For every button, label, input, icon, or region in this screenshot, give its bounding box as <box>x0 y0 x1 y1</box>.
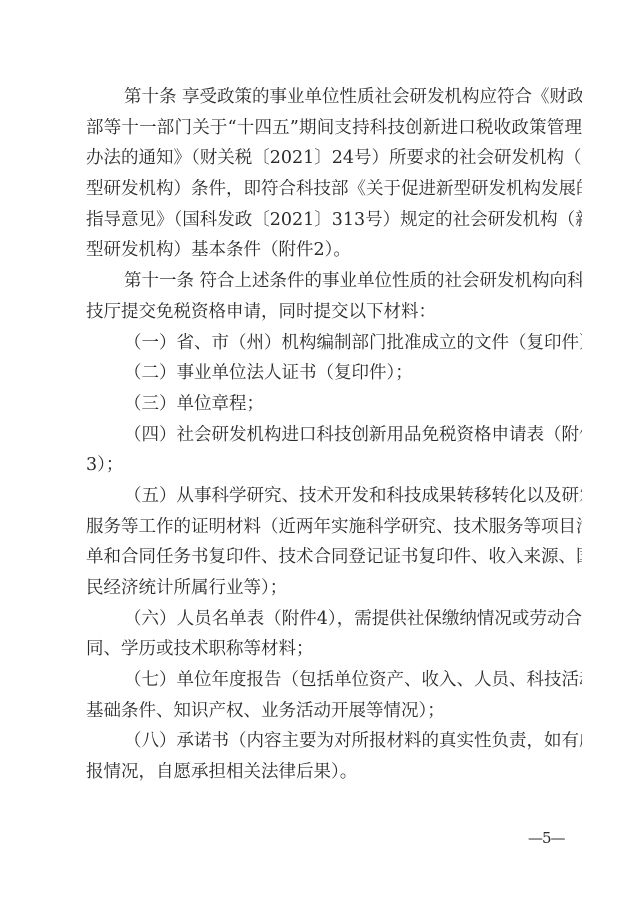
list-item-7: （七）单位年度报告（包括单位资产、收入、人员、科技活动 基础条件、知识产权、业务… <box>86 665 582 726</box>
text-line: 部等十一部门关于“十四五”期间支持科技创新进口税收政策管理 <box>86 113 582 144</box>
list-item-8: （八）承诺书（内容主要为对所报材料的真实性负责，如有虚 报情况，自愿承担相关法律… <box>86 726 582 787</box>
text-line: 3）； <box>86 450 582 481</box>
list-item-4: （四）社会研发机构进口科技创新用品免税资格申请表（附件 3）； <box>86 420 582 481</box>
text-line: （三）单位章程； <box>86 389 582 420</box>
text-line: 同、学历或技术职称等材料； <box>86 634 582 665</box>
text-line: 基础条件、知识产权、业务活动开展等情况）； <box>86 696 582 727</box>
text-line: 服务等工作的证明材料（近两年实施科学研究、技术服务等项目清 <box>86 512 582 543</box>
text-line: 报情况，自愿承担相关法律后果）。 <box>86 757 582 788</box>
text-line: 型研发机构）基本条件（附件2）。 <box>86 235 582 266</box>
text-line: 指导意见》（国科发政〔2021〕313号）规定的社会研发机构（新 <box>86 205 582 236</box>
text-line: 第十一条 符合上述条件的事业单位性质的社会研发机构向科 <box>86 266 582 297</box>
paragraph-article-11: 第十一条 符合上述条件的事业单位性质的社会研发机构向科 技厅提交免税资格申请，同… <box>86 266 582 327</box>
text-line: （五）从事科学研究、技术开发和科技成果转移转化以及研发 <box>86 481 582 512</box>
page-number: —5— <box>528 828 565 848</box>
text-line: 单和合同任务书复印件、技术合同登记证书复印件、收入来源、国 <box>86 542 582 573</box>
text-line: （八）承诺书（内容主要为对所报材料的真实性负责，如有虚 <box>86 726 582 757</box>
document-page: 第十条 享受政策的事业单位性质社会研发机构应符合《财政 部等十一部门关于“十四五… <box>0 0 636 900</box>
paragraph-article-10: 第十条 享受政策的事业单位性质社会研发机构应符合《财政 部等十一部门关于“十四五… <box>86 82 582 266</box>
text-line: （四）社会研发机构进口科技创新用品免税资格申请表（附件 <box>86 420 582 451</box>
text-line: 型研发机构）条件，即符合科技部《关于促进新型研发机构发展的 <box>86 174 582 205</box>
list-item-2: （二）事业单位法人证书（复印件）； <box>86 358 582 389</box>
text-line: 第十条 享受政策的事业单位性质社会研发机构应符合《财政 <box>86 82 582 113</box>
text-line: 技厅提交免税资格申请，同时提交以下材料： <box>86 297 582 328</box>
text-line: （六）人员名单表（附件4），需提供社保缴纳情况或劳动合 <box>86 604 582 635</box>
document-body: 第十条 享受政策的事业单位性质社会研发机构应符合《财政 部等十一部门关于“十四五… <box>86 82 582 788</box>
text-line: 办法的通知》（财关税〔2021〕24号）所要求的社会研发机构（新 <box>86 143 582 174</box>
text-line: （一）省、市（州）机构编制部门批准成立的文件（复印件）； <box>86 328 582 359</box>
list-item-6: （六）人员名单表（附件4），需提供社保缴纳情况或劳动合 同、学历或技术职称等材料… <box>86 604 582 665</box>
list-item-5: （五）从事科学研究、技术开发和科技成果转移转化以及研发 服务等工作的证明材料（近… <box>86 481 582 604</box>
text-line: （七）单位年度报告（包括单位资产、收入、人员、科技活动 <box>86 665 582 696</box>
list-item-1: （一）省、市（州）机构编制部门批准成立的文件（复印件）； <box>86 328 582 359</box>
text-line: （二）事业单位法人证书（复印件）； <box>86 358 582 389</box>
list-item-3: （三）单位章程； <box>86 389 582 420</box>
text-line: 民经济统计所属行业等）； <box>86 573 582 604</box>
